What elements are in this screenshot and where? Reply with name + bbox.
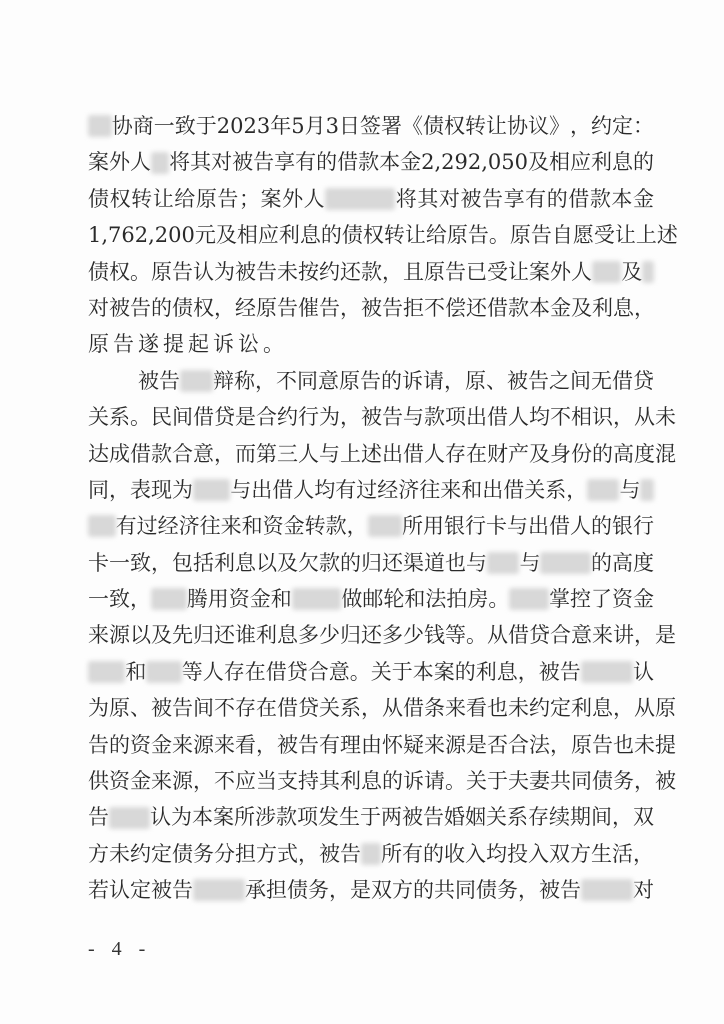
text-glyph: 及: [277, 545, 298, 581]
text-glyph: 均: [314, 472, 335, 508]
text-glyph: 还: [340, 254, 361, 290]
text-glyph: 于: [360, 799, 381, 835]
text-glyph: 生: [591, 836, 612, 872]
text-glyph: 人: [508, 399, 529, 435]
text-glyph: 原: [88, 326, 109, 362]
text-glyph: 借: [612, 363, 633, 399]
text-glyph: 告: [468, 217, 489, 253]
text-glyph: 还: [361, 617, 382, 653]
text-glyph: 欠: [298, 545, 319, 581]
text-glyph: 辩: [213, 363, 234, 399]
text-glyph: 出: [466, 399, 487, 435]
judgment-body-text: 协商一致于2023年5月3日签署《债权转让协议》，约定：案外人将其对被告享有的借…: [88, 108, 654, 909]
text-glyph: 且: [403, 254, 424, 290]
text-glyph: 的: [413, 872, 434, 908]
text-glyph: 权: [444, 108, 465, 144]
text-glyph: 》: [549, 108, 570, 144]
text-glyph: 掌: [549, 581, 570, 617]
text-glyph: 转: [131, 181, 152, 217]
text-glyph: 为: [171, 799, 192, 835]
text-glyph: 无: [591, 363, 612, 399]
text-glyph: 贷: [633, 363, 654, 399]
text-glyph: 提: [655, 727, 676, 763]
text-glyph: 等: [182, 654, 203, 690]
text-glyph: 共: [434, 872, 455, 908]
text-glyph: 金: [284, 508, 305, 544]
text-glyph: 受: [487, 254, 508, 290]
text-glyph: ，: [214, 436, 235, 472]
text-glyph: 未: [109, 836, 130, 872]
text-glyph: 其: [417, 181, 438, 217]
text-glyph: 和: [271, 581, 292, 617]
text-glyph: 借: [568, 181, 589, 217]
text-glyph: 对: [439, 181, 460, 217]
text-glyph: 期: [570, 799, 591, 835]
text-glyph: 告: [560, 872, 581, 908]
text-glyph: 来: [445, 690, 466, 726]
text-glyph: 支: [277, 763, 298, 799]
text-glyph: 上: [636, 217, 657, 253]
text-glyph: 借: [503, 472, 524, 508]
text-glyph: 不: [214, 690, 235, 726]
text-glyph: 所: [402, 508, 423, 544]
text-glyph: 金: [250, 581, 271, 617]
text-glyph: 借: [487, 399, 508, 435]
text-line: 有过经济往来和资金转款，所用银行卡与出借人的银行: [88, 508, 654, 544]
text-glyph: 贷: [298, 690, 319, 726]
text-glyph: 银: [612, 508, 633, 544]
text-glyph: 第: [256, 436, 277, 472]
text-glyph: 致: [130, 545, 151, 581]
text-glyph: 被: [361, 290, 382, 326]
text-glyph: 和: [404, 581, 425, 617]
text-glyph: 意: [571, 617, 592, 653]
text-glyph: 其: [190, 144, 211, 180]
text-line: 债权转让给原告；案外人将其对被告享有的借款本金: [88, 181, 654, 217]
text-glyph: 起: [188, 326, 209, 362]
text-glyph: 告: [159, 363, 180, 399]
text-glyph: 借: [403, 436, 424, 472]
redacted-name: [592, 261, 621, 283]
text-glyph: ，: [130, 581, 151, 617]
text-glyph: ，: [329, 872, 350, 908]
text-glyph: 来: [214, 727, 235, 763]
text-glyph: 承: [245, 872, 266, 908]
text-glyph: 入: [528, 836, 549, 872]
text-glyph: 告: [528, 363, 549, 399]
text-glyph: 权: [109, 254, 130, 290]
text-glyph: 协: [507, 108, 528, 144]
text-glyph: 济: [179, 508, 200, 544]
text-line: 一致，腾用资金和做邮轮和法拍房。掌控了资金: [88, 581, 654, 617]
text-glyph: 对: [211, 144, 232, 180]
text-glyph: 方: [256, 836, 277, 872]
text-glyph: 金: [151, 727, 172, 763]
text-glyph: 不: [276, 363, 297, 399]
text-glyph: 本: [611, 181, 632, 217]
text-glyph: 贷: [214, 399, 235, 435]
text-glyph: 原: [447, 217, 468, 253]
text-glyph: 案: [88, 144, 109, 180]
text-glyph: 外: [109, 144, 130, 180]
text-glyph: 让: [486, 108, 507, 144]
text-line: 案外人将其对被告享有的借款本金2,292,050及相应利息的: [88, 144, 654, 180]
text-glyph: 三: [277, 436, 298, 472]
text-glyph: 告: [382, 290, 403, 326]
redacted-name: [193, 879, 245, 901]
text-line: 和等人存在借贷合意。关于本案的利息，被告认: [88, 654, 654, 690]
text-glyph: 行: [633, 508, 654, 544]
text-glyph: 债: [342, 217, 363, 253]
document-page: 协商一致于2023年5月3日签署《债权转让协议》，约定：案外人将其对被告享有的借…: [0, 0, 724, 1024]
text-glyph: 人: [298, 436, 319, 472]
text-glyph: 均: [486, 836, 507, 872]
text-glyph: 往: [200, 508, 221, 544]
text-glyph: 及: [151, 617, 172, 653]
text-glyph: 利: [592, 290, 613, 326]
text-glyph: 在: [256, 690, 277, 726]
text-glyph: 是: [235, 399, 256, 435]
text-glyph: ，: [256, 727, 277, 763]
text-glyph: 认: [633, 654, 654, 690]
text-glyph: 。: [489, 217, 510, 253]
text-glyph: 债: [592, 763, 613, 799]
text-glyph: 用: [208, 581, 229, 617]
text-glyph: 息: [592, 690, 613, 726]
text-glyph: 是: [350, 872, 371, 908]
text-glyph: 告: [592, 727, 613, 763]
text-glyph: 否: [487, 727, 508, 763]
text-glyph: 行: [298, 399, 319, 435]
text-glyph: 也: [487, 690, 508, 726]
text-glyph: 给: [174, 181, 195, 217]
text-glyph: 告: [360, 363, 381, 399]
text-glyph: 及: [621, 254, 642, 290]
text-glyph: ，: [570, 108, 591, 144]
text-glyph: 银: [444, 508, 465, 544]
text-glyph: 方: [88, 836, 109, 872]
text-glyph: 协: [112, 108, 133, 144]
text-line: 告认为本案所涉款项发生于两被告婚姻关系存续期间，双: [88, 799, 654, 835]
text-glyph: 婚: [444, 799, 465, 835]
text-glyph: 约: [319, 254, 340, 290]
text-glyph: 邮: [362, 581, 383, 617]
text-glyph: 从: [634, 399, 655, 435]
text-glyph: 钱: [424, 617, 445, 653]
text-glyph: 被: [151, 872, 172, 908]
text-glyph: 是: [466, 727, 487, 763]
text-glyph: 腾: [187, 581, 208, 617]
text-glyph: 为: [172, 472, 193, 508]
text-glyph: 的: [382, 763, 403, 799]
text-glyph: 利: [476, 654, 497, 690]
text-glyph: 金: [633, 581, 654, 617]
text-glyph: 相: [237, 217, 258, 253]
text-glyph: 款: [319, 545, 340, 581]
redacted-name: [325, 188, 395, 210]
text-glyph: ，: [340, 399, 361, 435]
text-glyph: 元: [195, 217, 216, 253]
text-glyph: 原: [571, 727, 592, 763]
text-glyph: 式: [277, 836, 298, 872]
text-glyph: 告: [298, 727, 319, 763]
text-line: 若认定被告承担债务，是双方的共同债务，被告对: [88, 872, 654, 908]
text-glyph: 被: [235, 254, 256, 290]
text-glyph: 。: [466, 617, 487, 653]
text-glyph: 房: [467, 581, 488, 617]
text-glyph: 的: [381, 363, 402, 399]
text-line: 对被告的债权，经原告催告，被告拒不偿还借款本金及利息，: [88, 290, 654, 326]
text-glyph: 意: [193, 436, 214, 472]
text-glyph: ，: [634, 290, 655, 326]
text-glyph: 其: [319, 763, 340, 799]
text-glyph: 的: [321, 217, 342, 253]
text-glyph: 若: [88, 872, 109, 908]
text-glyph: ，: [633, 836, 654, 872]
text-glyph: 的: [316, 144, 337, 180]
text-glyph: 所: [234, 799, 255, 835]
text-glyph: 借: [549, 508, 570, 544]
text-glyph: 做: [341, 581, 362, 617]
text-glyph: 往: [419, 472, 440, 508]
text-glyph: 入: [465, 836, 486, 872]
text-glyph: 应: [570, 144, 591, 180]
text-glyph: 当: [256, 763, 277, 799]
text-glyph: 告: [531, 217, 552, 253]
text-glyph: 告: [445, 254, 466, 290]
text-glyph: 人: [424, 436, 445, 472]
text-glyph: 借: [337, 144, 358, 180]
text-glyph: 转: [384, 217, 405, 253]
text-glyph: 年: [270, 108, 291, 144]
text-glyph: 案: [213, 799, 234, 835]
redacted-name: [88, 661, 125, 683]
text-glyph: 认: [109, 872, 130, 908]
text-glyph: 款: [508, 290, 529, 326]
text-glyph: 受: [594, 217, 615, 253]
text-glyph: 混: [655, 436, 676, 472]
text-glyph: ，: [612, 799, 633, 835]
text-glyph: 两: [381, 799, 402, 835]
text-glyph: 告: [277, 290, 298, 326]
text-glyph: 借: [272, 472, 293, 508]
text-glyph: 合: [508, 727, 529, 763]
text-glyph: 民: [151, 399, 172, 435]
text-glyph: 等: [445, 617, 466, 653]
text-glyph: 款: [590, 181, 611, 217]
text-line: 债权。原告认为被告未按约还款，且原告已受让案外人及: [88, 254, 654, 290]
text-glyph: ，: [361, 690, 382, 726]
text-glyph: ，: [634, 617, 655, 653]
text-glyph: 利: [571, 690, 592, 726]
text-glyph: ：: [633, 108, 654, 144]
text-glyph: 源: [109, 617, 130, 653]
text-glyph: 按: [298, 254, 319, 290]
text-glyph: 归: [340, 617, 361, 653]
text-glyph: 款: [326, 508, 347, 544]
text-glyph: 未: [655, 399, 676, 435]
text-glyph: 来: [172, 727, 193, 763]
text-glyph: 出: [382, 436, 403, 472]
text-glyph: 息: [612, 144, 633, 180]
text-glyph: 金: [130, 763, 151, 799]
text-glyph: 人: [203, 654, 224, 690]
text-glyph: 致: [109, 581, 130, 617]
text-glyph: 外: [282, 181, 303, 217]
redacted-name: [642, 261, 654, 283]
text-glyph: 签: [360, 108, 381, 144]
text-glyph: 已: [466, 254, 487, 290]
text-glyph: 债: [88, 254, 109, 290]
text-glyph: 的: [591, 508, 612, 544]
text-line: 为原、被告间不存在借贷关系，从借条来看也未约定利息，从原: [88, 690, 654, 726]
text-glyph: 而: [235, 436, 256, 472]
text-glyph: 告: [340, 836, 361, 872]
text-glyph: 拒: [403, 290, 424, 326]
text-glyph: 及: [571, 290, 592, 326]
text-glyph: 息: [613, 290, 634, 326]
text-glyph: 同: [297, 363, 318, 399]
text-glyph: 原: [465, 363, 486, 399]
text-glyph: 系: [340, 690, 361, 726]
text-glyph: 不: [424, 290, 445, 326]
text-glyph: 双: [549, 836, 570, 872]
text-glyph: 诉: [403, 763, 424, 799]
text-glyph: 发: [318, 799, 339, 835]
text-glyph: 担: [266, 872, 287, 908]
text-glyph: 借: [508, 617, 529, 653]
text-glyph: 也: [445, 545, 466, 581]
text-glyph: 原: [339, 363, 360, 399]
text-glyph: 少: [319, 617, 340, 653]
text-glyph: ，: [347, 508, 368, 544]
text-glyph: 转: [305, 508, 326, 544]
text-line: 关系。民间借贷是合约行为，被告与款项出借人均不相识，从未: [88, 399, 654, 435]
redacted-name: [640, 479, 654, 501]
text-glyph: 让: [153, 181, 174, 217]
text-glyph: 续: [549, 799, 570, 835]
text-glyph: 原: [655, 690, 676, 726]
text-glyph: 被: [151, 690, 172, 726]
text-glyph: 同: [571, 763, 592, 799]
text-glyph: 一: [109, 545, 130, 581]
text-glyph: 让: [508, 254, 529, 290]
text-glyph: 于: [196, 108, 217, 144]
text-glyph: 及: [528, 144, 549, 180]
text-glyph: 所: [381, 836, 402, 872]
text-glyph: 资: [130, 727, 151, 763]
text-glyph: 经: [235, 290, 256, 326]
text-glyph: 资: [109, 763, 130, 799]
text-glyph: 关: [371, 654, 392, 690]
text-glyph: 人: [293, 472, 314, 508]
text-glyph: 债: [476, 872, 497, 908]
text-glyph: 理: [340, 727, 361, 763]
text-glyph: 权: [110, 181, 131, 217]
text-glyph: 月: [305, 108, 326, 144]
text-glyph: 案: [529, 254, 550, 290]
text-glyph: 借: [193, 399, 214, 435]
text-glyph: 告: [217, 181, 238, 217]
text-glyph: 多: [298, 617, 319, 653]
text-glyph: 案: [261, 181, 282, 217]
text-glyph: 间: [193, 690, 214, 726]
text-glyph: 在: [245, 654, 266, 690]
text-glyph: 告: [382, 399, 403, 435]
text-glyph: 有: [335, 472, 356, 508]
text-glyph: 借: [130, 436, 151, 472]
text-glyph: 及: [216, 217, 237, 253]
text-glyph: 借: [403, 690, 424, 726]
text-glyph: 述: [361, 436, 382, 472]
text-glyph: 有: [525, 181, 546, 217]
text-glyph: 源: [193, 727, 214, 763]
text-glyph: 间: [172, 399, 193, 435]
text-glyph: ，: [109, 472, 130, 508]
text-glyph: 投: [507, 836, 528, 872]
text-glyph: 定: [130, 872, 151, 908]
text-glyph: 原: [196, 181, 217, 217]
text-line: 同，表现为与出借人均有过经济往来和出借关系，与: [88, 472, 654, 508]
text-glyph: 将: [169, 144, 190, 180]
text-glyph: 本: [379, 144, 400, 180]
text-glyph: 出: [251, 472, 272, 508]
text-glyph: 款: [361, 254, 382, 290]
text-glyph: 1,762,200: [88, 217, 195, 253]
text-glyph: 应: [258, 217, 279, 253]
text-glyph: 日: [339, 108, 360, 144]
text-glyph: 项: [445, 399, 466, 435]
text-glyph: 人: [570, 508, 591, 544]
text-glyph: 系: [507, 799, 528, 835]
text-glyph: 款: [276, 799, 297, 835]
text-glyph: 间: [591, 799, 612, 835]
text-glyph: 金: [550, 290, 571, 326]
text-glyph: ；: [239, 181, 260, 217]
text-glyph: 权: [363, 217, 384, 253]
text-glyph: 份: [571, 436, 592, 472]
text-glyph: 出: [528, 508, 549, 544]
text-glyph: 达: [88, 436, 109, 472]
text-glyph: 法: [425, 581, 446, 617]
text-glyph: 被: [402, 799, 423, 835]
text-line: 卡一致，包括利息以及欠款的归还渠道也与与的高度: [88, 545, 654, 581]
text-glyph: 款: [358, 144, 379, 180]
text-glyph: 约: [529, 690, 550, 726]
text-glyph: 产: [508, 436, 529, 472]
text-glyph: 、: [130, 690, 151, 726]
text-glyph: 的: [592, 436, 613, 472]
text-glyph: ，: [518, 654, 539, 690]
text-glyph: 经: [377, 472, 398, 508]
redacted-name: [109, 807, 150, 829]
text-glyph: 资: [612, 581, 633, 617]
text-glyph: 活: [612, 836, 633, 872]
text-glyph: 被: [138, 363, 159, 399]
text-glyph: 告: [88, 799, 109, 835]
text-glyph: 与: [519, 545, 540, 581]
text-glyph: 为: [88, 690, 109, 726]
text-glyph: 息: [277, 617, 298, 653]
text-glyph: 项: [297, 799, 318, 835]
text-glyph: 。: [130, 399, 151, 435]
text-glyph: 一: [88, 581, 109, 617]
text-glyph: 条: [424, 690, 445, 726]
text-glyph: 原: [256, 290, 277, 326]
text-glyph: 享: [274, 144, 295, 180]
text-glyph: ，: [340, 290, 361, 326]
text-glyph: 控: [570, 581, 591, 617]
